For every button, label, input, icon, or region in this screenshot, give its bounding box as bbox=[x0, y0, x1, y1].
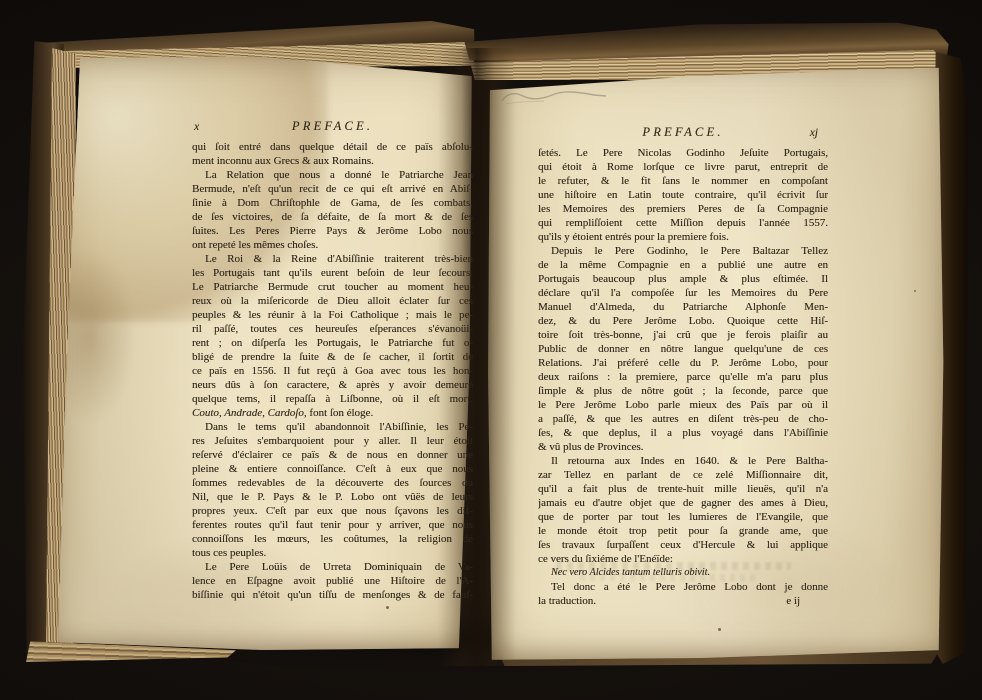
text-line: une hiſtoire en Latin toute contraire, q… bbox=[538, 188, 828, 202]
text-line: quelque tems, il repaſſa à Liſbonne, où … bbox=[192, 392, 473, 406]
text-line: que de porter par tout les lumieres de l… bbox=[538, 510, 828, 524]
running-head-right: PREFACE. xj bbox=[538, 125, 828, 142]
text-line: ſommes redevables de la découverte des ſ… bbox=[192, 476, 473, 490]
scanned-book-photo: { "document": { "type": "antique-book-sc… bbox=[0, 0, 982, 700]
text-line: deux raiſons : la premiere, parce qu'ell… bbox=[538, 370, 828, 384]
dust-speck bbox=[386, 606, 389, 609]
text-line: Nil, que le P. Pays & le P. Lobo ont vûë… bbox=[192, 490, 473, 504]
text-line: ferentes routes qu'il faut tenir pour y … bbox=[192, 518, 473, 532]
text-line: Dans le tems qu'il abandonnoit l'Abiſſin… bbox=[192, 420, 473, 434]
text-line: Il retourna aux Indes en 1640. & le Pere… bbox=[538, 454, 828, 468]
text-line: les Portugais tant qu'ils eurent beſoin … bbox=[192, 266, 473, 280]
signature-mark: e ij bbox=[786, 594, 800, 608]
text-line: Le Roi & la Reine d'Abiſſinie traiterent… bbox=[192, 252, 473, 266]
running-title-left: PREFACE. bbox=[292, 119, 373, 133]
text-line: ſimple & plus de nôtre goût ; la ſeconde… bbox=[538, 384, 828, 398]
text-line: connoiſſons les mœurs, les coûtumes, la … bbox=[192, 532, 473, 546]
text-line: Tel donc a été le Pere Jerôme Lobo dont … bbox=[538, 580, 828, 594]
text-line: qui rempliſſoient cette Miſſion depuis l… bbox=[538, 216, 828, 230]
text-line: Public de donner en nôtre langue quelqu'… bbox=[538, 342, 828, 356]
text-line: ſes, & que deplus, il a plus voyagé dans… bbox=[538, 426, 828, 440]
right-page-body: ſetés. Le Pere Nicolas Godinho Jeſuite P… bbox=[538, 146, 828, 608]
text-line: res Jeſuites s'embarquoient pour y aller… bbox=[192, 434, 473, 448]
text-line: rent ; on diſperſa les Portugais, le Pat… bbox=[192, 336, 473, 350]
text-line: ont repeté les mêmes choſes. bbox=[192, 238, 473, 252]
ink-show-through bbox=[556, 562, 791, 570]
text-line: reſervé d'éclairer ce païs & de nous en … bbox=[192, 448, 473, 462]
text-line: e ijla traduction. bbox=[538, 594, 828, 608]
text-line: Bermude, n'eſt qu'un recit de ce qui eſt… bbox=[192, 182, 473, 196]
left-page-body: qui ſoit entré dans quelque détail de ce… bbox=[192, 140, 473, 602]
text-line: Le Patriarche Bermude crut toucher au mo… bbox=[192, 280, 473, 294]
text-line: a paſſé, & que les autres en diſent très… bbox=[538, 412, 828, 426]
text-line: & vû plus de Provinces. bbox=[538, 440, 828, 454]
text-line: qu'il a fait plus de trente-huit mille l… bbox=[538, 482, 828, 496]
text-line: bligé de prendre la ſuite & de ſe cacher… bbox=[192, 350, 473, 364]
text-line: Relations. J'ai préferé celle du P. Jerô… bbox=[538, 356, 828, 370]
text-line: ſuites. Les Peres Pierre Pays & Jerôme L… bbox=[192, 224, 473, 238]
ink-show-through bbox=[580, 574, 760, 581]
text-line: ment inconnu aux Grecs & aux Romains. bbox=[192, 154, 473, 168]
running-head-left: x PREFACE. bbox=[192, 119, 473, 136]
text-line: Couto, Andrade, Cardoſo, font ſon éloge. bbox=[192, 406, 473, 420]
text-line: pleine & entiere connoiſſance. C'eſt à e… bbox=[192, 462, 473, 476]
dust-speck bbox=[914, 290, 916, 292]
text-line: dez, & du Pere Jerôme Lobo. Quoique cett… bbox=[538, 314, 828, 328]
text-line: Le Pere Loüis de Urreta Dominiquain de V… bbox=[192, 560, 473, 574]
text-line: ſes travaux ſurpaſſent ceux d'Hercule & … bbox=[538, 538, 828, 552]
text-line: les Memoires des premiers Peres de ſa Co… bbox=[538, 202, 828, 216]
text-line: lence en Eſpagne avoit publié une Hiſtoi… bbox=[192, 574, 473, 588]
running-title-right: PREFACE. bbox=[642, 125, 723, 139]
text-line: Manuel d'Almeda, du Patriarche Alphonſe … bbox=[538, 300, 828, 314]
text-line: ſinie à Dom Chriſtophle de Gama, de ſes … bbox=[192, 196, 473, 210]
text-line: de la même Compagnie en a publié une aut… bbox=[538, 258, 828, 272]
text-line: qu'ils y étoient entrés pour la premiere… bbox=[538, 230, 828, 244]
text-line: peuples & les réunir à la Foi Catholique… bbox=[192, 308, 473, 322]
page-number-left: x bbox=[194, 120, 199, 134]
text-line: biſſinie qui n'étoit qu'un tiſſu de menſ… bbox=[192, 588, 473, 602]
pencil-smudge-mark bbox=[498, 86, 613, 110]
text-line: zar Tellez en parlant de ce zelé Miſſion… bbox=[538, 468, 828, 482]
text-line: toire ſoit très-bonne, j'ai crû que je f… bbox=[538, 328, 828, 342]
text-line: le monde étoit trop petit pour ſa grande… bbox=[538, 524, 828, 538]
text-line: La Relation que nous a donné le Patriarc… bbox=[192, 168, 473, 182]
text-line: ril paſſé, toutes ces heureuſes eſperanc… bbox=[192, 322, 473, 336]
left-page-text: x PREFACE. qui ſoit entré dans quelque d… bbox=[192, 119, 473, 602]
text-line: propres yeux. C'eſt par eux que nous ſça… bbox=[192, 504, 473, 518]
text-line: tous ces peuples. bbox=[192, 546, 473, 560]
text-line: ſetés. Le Pere Nicolas Godinho Jeſuite P… bbox=[538, 146, 828, 160]
page-number-right: xj bbox=[810, 126, 818, 140]
text-line: déclare qu'il l'a compoſée ſur les Memoi… bbox=[538, 286, 828, 300]
text-line: de ſes victoires, de ſa défaite, de ſa m… bbox=[192, 210, 473, 224]
text-line: Portugais beaucoup plus ample & plus eſt… bbox=[538, 272, 828, 286]
dust-speck bbox=[718, 628, 721, 631]
text-line: neurs dûs à ſon caractere, & après y avo… bbox=[192, 378, 473, 392]
text-line: Depuis le Pere Godinho, le Pere Baltazar… bbox=[538, 244, 828, 258]
text-line: jamais eu d'autre objet que de gagner de… bbox=[538, 496, 828, 510]
text-line: qui ſoit entré dans quelque détail de ce… bbox=[192, 140, 473, 154]
right-page-text: PREFACE. xj ſetés. Le Pere Nicolas Godin… bbox=[538, 125, 828, 608]
text-line: qui étoit à Rome lorſque ce livre parut,… bbox=[538, 160, 828, 174]
text-line: ce païs en 1556. Il fut reçû à Goa avec … bbox=[192, 364, 473, 378]
text-line: le Pere Jerôme Lobo parle mieux des Païs… bbox=[538, 398, 828, 412]
text-line: le refuter, & le fit ſans le nommer en c… bbox=[538, 174, 828, 188]
text-line: reux où la miſericorde de Dieu alloit éc… bbox=[192, 294, 473, 308]
